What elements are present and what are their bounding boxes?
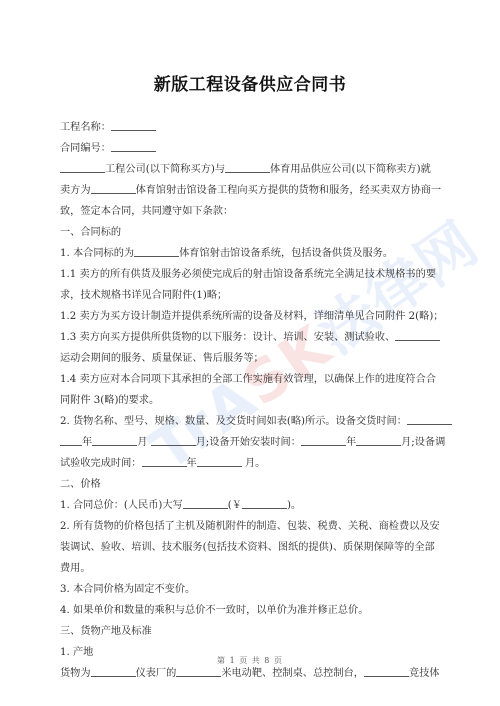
- document-body: 工程名称： 合同编号： 工程公司(以下简称买方)与体育用品供应公司(以下简称卖方…: [60, 117, 440, 684]
- blank-field[interactable]: [301, 433, 346, 446]
- clause-1-3a: 1.3 卖方向买方提供所供货物的以下服务：设计、培训、安装、测试验收、: [60, 327, 440, 348]
- section-2-heading: 二、价格: [60, 474, 440, 495]
- section-1-heading: 一、合同标的: [60, 222, 440, 243]
- blank-field[interactable]: [395, 328, 440, 341]
- clause-2c: 试验收完成时间：年 月。: [60, 453, 440, 474]
- blank-field[interactable]: [60, 433, 82, 446]
- clause-1-3b: 运动会期间的服务、质量保证、售后服务等；: [60, 348, 440, 369]
- intro-line-2: 卖方为体育馆射击馆设备工程向买方提供的货物和服务，经买卖双方协商一: [60, 180, 440, 201]
- origin-clause: 货物为仪表厂的米电动靶、控制桌、总控制台，竞技体: [60, 663, 440, 684]
- blank-field[interactable]: [92, 433, 137, 446]
- blank-field[interactable]: [60, 160, 105, 173]
- blank-field[interactable]: [134, 244, 179, 257]
- clause-1: 1. 本合同标的为体育馆射击馆设备系统，包括设备供货及服务。: [60, 243, 440, 264]
- intro-line-1: 工程公司(以下简称买方)与体育用品供应公司(以下简称卖方)就: [60, 159, 440, 180]
- clause-1-4b: 同附件 3(略)的要求。: [60, 390, 440, 411]
- section-3-heading: 三、货物产地及标准: [60, 621, 440, 642]
- price-clause-1: 1. 合同总价：(人民币)大写(￥)。: [60, 495, 440, 516]
- document-page: TrASK法律网 新版工程设备供应合同书 工程名称： 合同编号： 工程公司(以下…: [0, 0, 500, 706]
- price-clause-3: 3. 本合同价格为固定不变价。: [60, 579, 440, 600]
- blank-field[interactable]: [225, 160, 270, 173]
- price-clause-2b: 装调试、验收、培训、技术服务(包括技术资料、图纸的提供)、质保期保障等的全部: [60, 537, 440, 558]
- blank-field[interactable]: [183, 496, 228, 509]
- blank-field[interactable]: [111, 139, 156, 152]
- price-clause-4: 4. 如果单价和数量的乘积与总价不一致时，以单价为准并修正总价。: [60, 600, 440, 621]
- clause-2b: 年月 月;设备开始安装时间：年月;设备调: [60, 432, 440, 453]
- intro-line-3: 致，签定本合同，共同遵守如下条款：: [60, 201, 440, 222]
- project-name-line: 工程名称：: [60, 117, 440, 138]
- price-clause-2a: 2. 所有货物的价格包括了主机及随机附件的制造、包装、税费、关税、商检费以及安: [60, 516, 440, 537]
- contract-no-line: 合同编号：: [60, 138, 440, 159]
- clause-1-1a: 1.1 卖方的所有供货及服务必须使完成后的射击馆设备系统完全满足技术规格书的要: [60, 264, 440, 285]
- clause-2a: 2. 货物名称、型号、规格、数量、及交货时间如表(略)所示。设备交货时间：: [60, 411, 440, 432]
- blank-field[interactable]: [142, 454, 187, 467]
- document-title: 新版工程设备供应合同书: [0, 70, 500, 95]
- clause-1-4a: 1.4 卖方应对本合同项下其承担的全部工作实施有效管理，以确保上作的进度符合合: [60, 369, 440, 390]
- clause-1-1b: 求，技术规格书详见合同附件(1)略；: [60, 285, 440, 306]
- page-footer: 第 1 页 共 8 页: [0, 655, 500, 666]
- blank-field[interactable]: [111, 118, 156, 131]
- price-clause-2c: 费用。: [60, 558, 440, 579]
- blank-field[interactable]: [151, 433, 196, 446]
- blank-field[interactable]: [242, 496, 287, 509]
- blank-field[interactable]: [356, 433, 401, 446]
- blank-field[interactable]: [197, 454, 242, 467]
- clause-1-2: 1.2 卖方为买方设计制造并提供系统所需的设备及材料，详细清单见合同附件 2(略…: [60, 306, 440, 327]
- blank-field[interactable]: [407, 412, 452, 425]
- blank-field[interactable]: [91, 181, 136, 194]
